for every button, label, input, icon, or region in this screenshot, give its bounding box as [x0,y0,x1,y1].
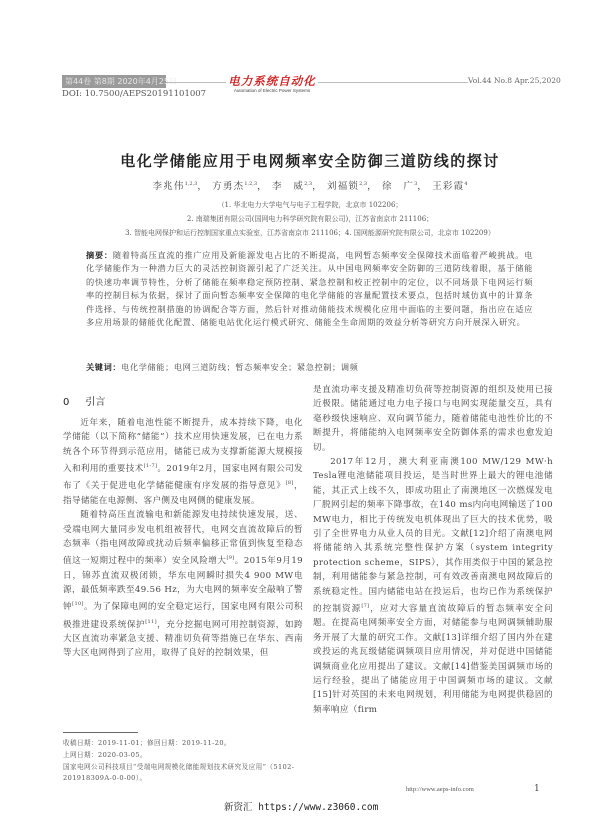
footnote-online: 上网日期：2020-03-05。 [63,750,303,761]
abstract: 摘要：随着特高压直流的推广应用及新能源发电占比的不断提高，电网暂态频率安全保障技… [86,249,533,329]
affiliation-line: 2. 南瑞集团有限公司(国网电力科学研究院有限公司)，江苏省南京市 211106… [40,214,580,224]
doi: DOI: 10.7500/AEPS20191101007 [62,89,206,99]
journal-logo-cn: 电力系统自动化 [226,73,318,89]
footnote-divider [63,732,138,733]
header-divider-right [318,82,468,83]
paragraph: 随着特高压直流输电和新能源发电持续快速发展，送、受端电网大量同步发电机组被替代，… [63,508,303,661]
paragraph: 是直流功率支援及精准切负荷等控制资源的组织及使用已接近极限。储能通过电力电子接口… [313,383,553,455]
section-title: 引言 [85,397,105,408]
affiliation-line: （1. 华北电力大学电气与电子工程学院，北京市 102206； [40,200,580,210]
body-left-column: 近年来，随着电池性能不断提升，成本持续下降，电化学储能（以下简称“储能”）技术应… [63,416,303,661]
page-number: 1 [534,784,540,794]
header-divider-left [166,82,226,83]
author: 李 威2,3 [272,181,312,192]
abstract-text: 随着特高压直流的推广应用及新能源发电占比的不断提高，电网暂态频率安全保障技术面临… [86,250,533,327]
paragraph: 2017年12月，澳大利亚南澳100 MW/129 MW·h Tesla锂电池储… [313,455,553,717]
keywords: 关键词：电化学储能；电网三道防线；暂态频率安全；紧急控制；调频 [86,362,533,373]
affiliation-line: 3. 智能电网保护和运行控制国家重点实验室，江苏省南京市 211106；4. 国… [40,228,580,238]
author: 王彩霞4 [432,181,467,192]
citation-link[interactable]: [10] [72,601,84,607]
journal-logo-en: Automation of Electric Power Systems [220,88,324,93]
keywords-text: 电化学储能；电网三道防线；暂态频率安全；紧急控制；调频 [121,362,358,372]
journal-url[interactable]: http://www.aeps-info.com [406,786,474,793]
section-heading: 0引言 [63,393,121,408]
footnote-received: 收稿日期：2019-11-01；修回日期：2019-11-20。 [63,738,303,749]
author: 刘福锁2,3 [327,181,367,192]
paragraph: 近年来，随着电池性能不断提升，成本持续下降，电化学储能（以下简称“储能”）技术应… [63,416,303,508]
author: 李兆伟1,2,3 [152,181,197,192]
citation-link[interactable]: [9] [226,555,234,561]
watermark: 新资汇 https://www.z3060.com [224,799,378,813]
issue-badge: 第44卷 第8期 2020年4月25日 [62,75,166,88]
abstract-label: 摘要： [86,250,113,260]
author: 徐 广3 [382,181,417,192]
section-number: 0 [63,397,69,408]
author: 方勇杰1,2,3 [212,181,257,192]
body-right-column: 是直流功率支援及精准切负荷等控制资源的组织及使用已接近极限。储能通过电力电子接口… [313,383,553,717]
volume-info: Vol.44 No.8 Apr.25,2020 [468,76,556,85]
citation-link[interactable]: [1-7] [144,463,158,469]
footnote-funding: 国家电网公司科技项目“受端电网规模化储能规划技术研究及应用”（5102-2019… [63,762,303,784]
citation-link[interactable]: [11] [145,619,157,625]
citation-link[interactable]: [8] [286,480,294,486]
author-list: 李兆伟1,2,3， 方勇杰1,2,3， 李 威2,3， 刘福锁2,3， 徐 广3… [60,178,560,192]
keywords-label: 关键词： [86,362,121,372]
paper-title: 电化学储能应用于电网频率安全防御三道防线的探讨 [60,150,560,171]
